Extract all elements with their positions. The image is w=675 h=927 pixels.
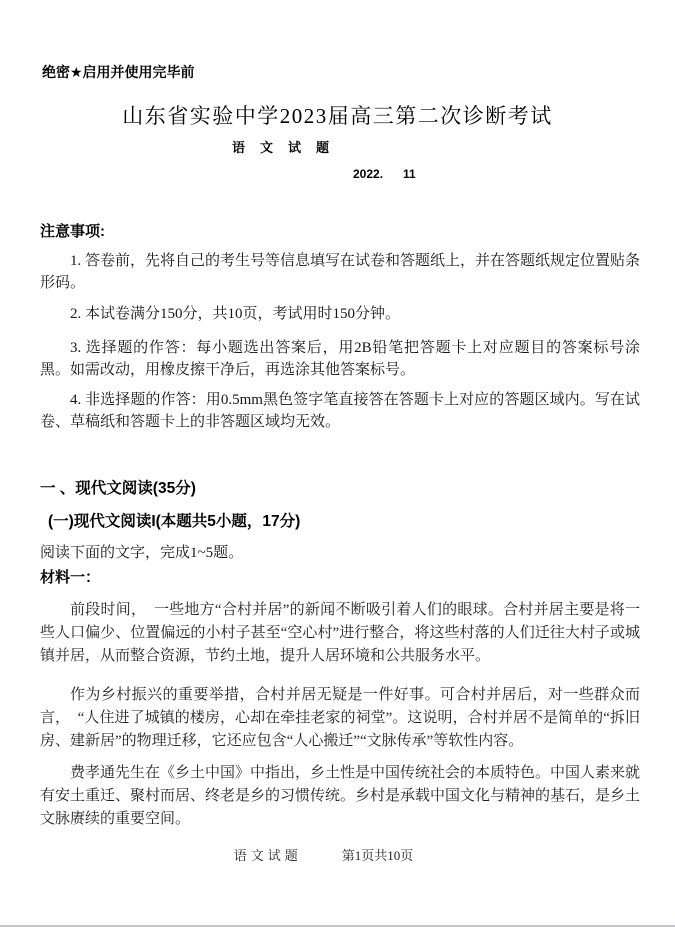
footer-page-number: 第1页共10页 (342, 848, 414, 863)
exam-date-year: 2022. (353, 168, 383, 181)
notice-item: 1. 答卷前，先将自己的考生号等信息填写在试卷和答题纸上，并在答题纸规定位置贴条… (40, 250, 640, 294)
exam-date-month: 11 (403, 168, 416, 181)
footer-doc-label: 语文试题 (234, 848, 302, 863)
material-label: 材料一： (40, 569, 640, 586)
exam-date: 2022. 11 (353, 168, 675, 181)
notice-item: 3. 选择题的作答：每小题选出答案后，用2B铅笔把答题卡上对应题目的答案标号涂黑… (40, 337, 640, 381)
classification-banner: 绝密★启用并使用完毕前 (42, 64, 675, 80)
subsection-heading: (一)现代文阅读I(本题共5小题，17分) (48, 513, 640, 531)
reading-instruction: 阅读下面的文字，完成1~5题。 (40, 545, 640, 562)
exam-paper-page: 绝密★启用并使用完毕前 山东省实验中学2023届高三第二次诊断考试 语文试题 2… (0, 0, 675, 927)
reading-material: 前段时间， 一些地方“合村并居”的新闻不断吸引着人们的眼球。合村并居主要是将一些… (40, 599, 640, 831)
notice-item: 2. 本试卷满分150分，共10页，考试用时150分钟。 (40, 303, 640, 325)
material-paragraph: 费孝通先生在《乡土中国》中指出，乡土性是中国传统社会的本质特色。中国人素来就有安… (40, 762, 640, 831)
material-paragraph: 作为乡村振兴的重要举措，合村并居无疑是一件好事。可合村并居后，对一些群众而言， … (40, 684, 640, 753)
page-footer: 语文试题 第1页共10页 (0, 848, 675, 863)
subject-subtitle: 语文试题 (232, 141, 675, 155)
notice-item: 4. 非选择题的作答：用0.5mm黑色签字笔直接答在答题卡上对应的答题区域内。写… (40, 389, 640, 433)
notice-heading: 注意事项: (40, 223, 640, 240)
material-paragraph: 前段时间， 一些地方“合村并居”的新闻不断吸引着人们的眼球。合村并居主要是将一些… (40, 599, 640, 668)
page-title: 山东省实验中学2023届高三第二次诊断考试 (0, 103, 675, 129)
notice-list: 1. 答卷前，先将自己的考生号等信息填写在试卷和答题纸上，并在答题纸规定位置贴条… (40, 250, 640, 433)
section-heading: 一 、现代文阅读(35分) (40, 480, 640, 498)
